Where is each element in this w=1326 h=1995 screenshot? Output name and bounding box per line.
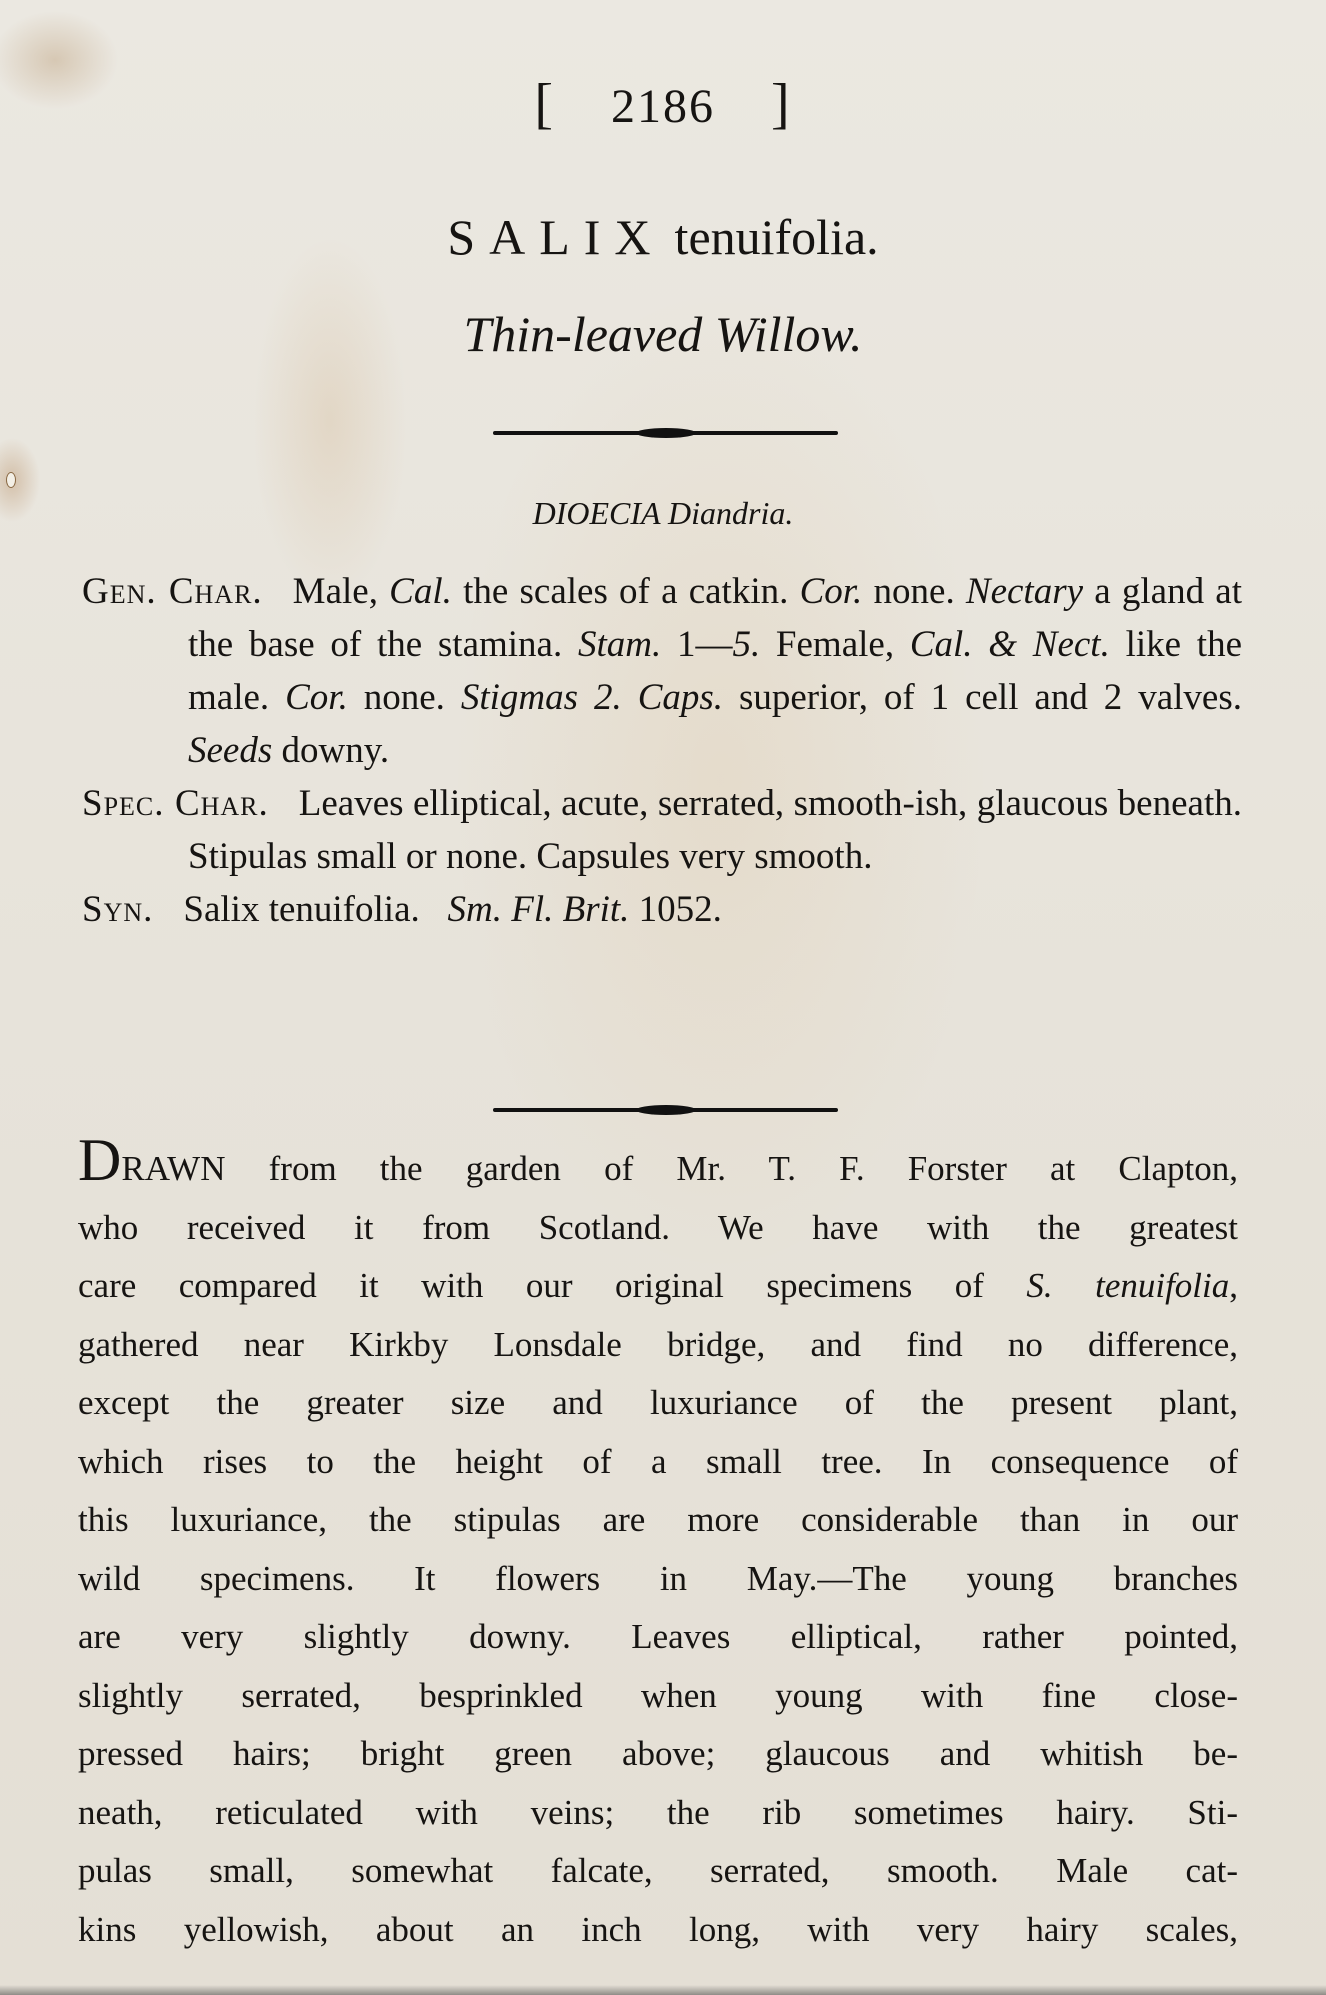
text-run: the scales of a catkin. xyxy=(452,571,800,612)
description-line: except the greater size and luxuriance o… xyxy=(78,1374,1238,1433)
binding-hole xyxy=(6,472,16,488)
italic-term: Cor. xyxy=(800,571,863,612)
text-run: 1— xyxy=(661,624,732,665)
order-name: Diandria. xyxy=(668,495,793,531)
page-title: SALIXtenuifolia. xyxy=(0,208,1326,266)
description-line: pressed hairs; bright green above; glauc… xyxy=(78,1725,1238,1784)
syn-reference: Sm. Fl. Brit. xyxy=(448,889,630,930)
italic-term: Cor. xyxy=(285,677,348,718)
description-line: which rises to the height of a small tre… xyxy=(78,1433,1238,1492)
bracket-close: ] xyxy=(771,73,792,135)
description-line: who received it from Scotland. We have w… xyxy=(78,1199,1238,1258)
text-run: Male, xyxy=(293,571,389,612)
italic-term: Cal. & Nect. xyxy=(910,624,1110,665)
spec-char-text: Leaves elliptical, acute, serrated, smoo… xyxy=(188,783,1242,877)
syn-page: 1052. xyxy=(639,889,722,930)
specific-character: Spec. Char.Leaves elliptical, acute, ser… xyxy=(82,777,1242,883)
description-line: this luxuriance, the stipulas are more c… xyxy=(78,1491,1238,1550)
syn-name: Salix tenuifolia. xyxy=(183,889,419,930)
description-line: DRAWN from the garden of Mr. T. F. Forst… xyxy=(78,1140,1238,1199)
text-run: superior, of 1 cell and 2 valves. xyxy=(723,677,1242,718)
genus-name: SALIX xyxy=(447,209,664,265)
syn-label: Syn. xyxy=(82,889,153,930)
description-line: pulas small, somewhat falcate, serrated,… xyxy=(78,1842,1238,1901)
gen-char-text: Male, Cal. the scales of a catkin. Cor. … xyxy=(188,571,1242,771)
description-line: kins yellowish, about an inch long, with… xyxy=(78,1901,1238,1960)
ornamental-rule-top xyxy=(493,431,838,435)
text-run: none. xyxy=(862,571,966,612)
cut-off-next-line xyxy=(0,1985,1326,1995)
generic-character: Gen. Char.Male, Cal. the scales of a cat… xyxy=(82,565,1242,777)
italic-term: Stigmas 2. xyxy=(461,677,622,718)
lead-caps: RAWN xyxy=(121,1149,225,1188)
italic-term: 5. xyxy=(732,624,760,665)
ornamental-rule-bottom xyxy=(493,1108,838,1112)
gen-char-label: Gen. Char. xyxy=(82,571,263,612)
italic-term: Nectary xyxy=(966,571,1083,612)
bracket-open: [ xyxy=(534,73,555,135)
description-line: gathered near Kirkby Lonsdale bridge, an… xyxy=(78,1316,1238,1375)
description-line: care compared it with our original speci… xyxy=(78,1257,1238,1316)
text-run: none. xyxy=(348,677,461,718)
text-run: downy. xyxy=(272,730,389,771)
spec-char-label: Spec. Char. xyxy=(82,783,269,824)
species-reference: S. tenuifolia xyxy=(1026,1266,1229,1305)
drop-cap: D xyxy=(78,1127,121,1193)
text-run: Female, xyxy=(760,624,910,665)
synonym: Syn.Salix tenuifolia. Sm. Fl. Brit. 1052… xyxy=(82,883,1242,936)
description-line: slightly serrated, besprinkled when youn… xyxy=(78,1667,1238,1726)
italic-term: Seeds xyxy=(188,730,272,771)
italic-term: Stam. xyxy=(578,624,661,665)
characters-section: Gen. Char.Male, Cal. the scales of a cat… xyxy=(82,565,1242,936)
text-run xyxy=(622,677,638,718)
italic-term: Caps. xyxy=(638,677,723,718)
italic-term: Cal. xyxy=(389,571,452,612)
plate-number: 2186 xyxy=(611,80,715,133)
species-name: tenuifolia. xyxy=(675,209,879,265)
common-name: Thin-leaved Willow. xyxy=(0,305,1326,363)
description-line: are very slightly downy. Leaves elliptic… xyxy=(78,1608,1238,1667)
description-line: neath, reticulated with veins; the rib s… xyxy=(78,1784,1238,1843)
plate-number-header: [ 2186 ] xyxy=(0,72,1326,136)
linnaean-classification: DIOECIA Diandria. xyxy=(0,495,1326,532)
description-paragraph: DRAWN from the garden of Mr. T. F. Forst… xyxy=(78,1140,1238,1959)
description-line: wild specimens. It flowers in May.—The y… xyxy=(78,1550,1238,1609)
class-name: DIOECIA xyxy=(533,495,660,531)
